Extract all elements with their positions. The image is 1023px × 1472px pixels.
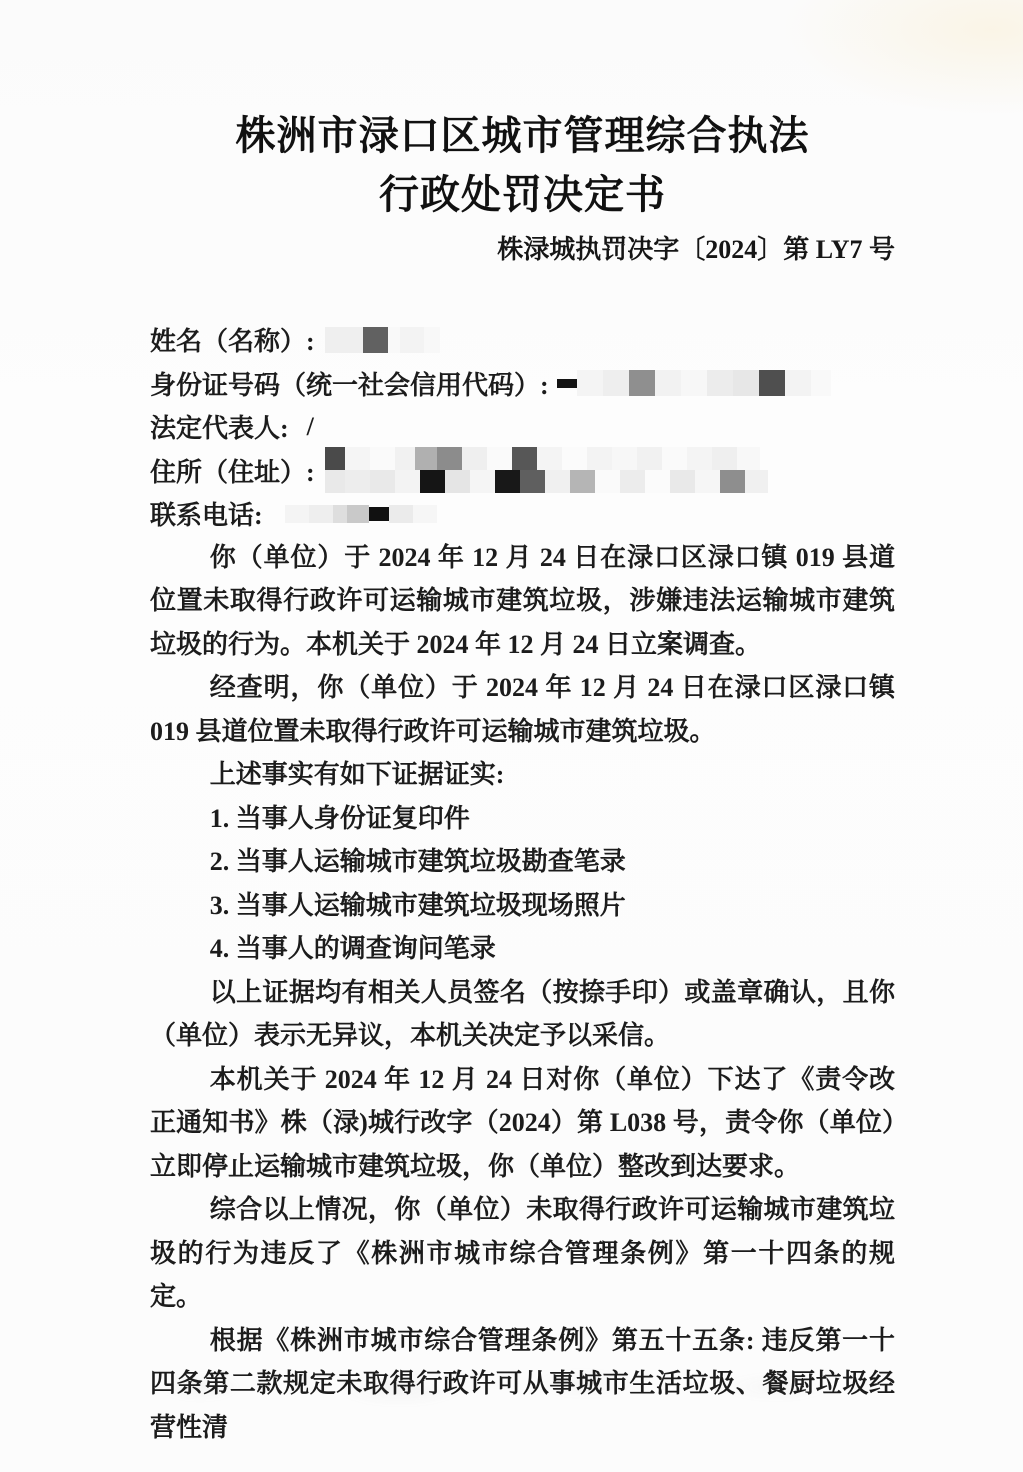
field-row-id-number: 身份证号码（统一社会信用代码）: (150, 362, 895, 406)
phone-redaction (285, 505, 437, 523)
document-content: 株洲市渌口区城市管理综合执法 行政处罚决定书 株渌城执罚决字〔2024〕第 LY… (150, 106, 895, 1449)
evidence-item-4: 4. 当事人的调查询问笔录 (150, 927, 895, 971)
field-label-id-number: 身份证号码（统一社会信用代码）: (150, 365, 549, 402)
document-body: 你（单位）于 2024 年 12 月 24 日在渌口区渌口镇 019 县道位置未… (150, 536, 895, 1450)
document-page: 株洲市渌口区城市管理综合执法 行政处罚决定书 株渌城执罚决字〔2024〕第 LY… (0, 0, 1023, 1472)
scan-bleed-through-artifact (120, 1352, 920, 1422)
field-label-legal-representative: 法定代表人: (150, 408, 289, 445)
document-title: 株洲市渌口区城市管理综合执法 行政处罚决定书 (150, 106, 895, 224)
paragraph-evidence-heading: 上述事实有如下证据证实: (150, 753, 895, 797)
party-info-fields: 姓名（名称）: 身份证号码（统一社会信用代码）: 法定代表人: / 住所（住址）… (150, 318, 895, 536)
field-label-address: 住所（住址）: (150, 452, 315, 489)
field-label-name: 姓名（名称）: (150, 321, 315, 358)
field-row-legal-representative: 法定代表人: / (150, 405, 895, 449)
document-number: 株渌城执罚决字〔2024〕第 LY7 号 (150, 230, 895, 270)
paragraph-case-facts: 你（单位）于 2024 年 12 月 24 日在渌口区渌口镇 019 县道位置未… (150, 536, 895, 667)
id-number-redaction (557, 370, 831, 396)
paragraph-evidence-confirmation: 以上证据均有相关人员签名（按捺手印）或盖章确认，且你（单位）表示无异议，本机关决… (150, 971, 895, 1058)
document-title-line2: 行政处罚决定书 (150, 165, 895, 224)
evidence-item-2: 2. 当事人运输城市建筑垃圾勘查笔录 (150, 840, 895, 884)
paragraph-violation-conclusion: 综合以上情况，你（单位）未取得行政许可运输城市建筑垃圾的行为违反了《株洲市城市综… (150, 1188, 895, 1319)
field-row-name: 姓名（名称）: (150, 318, 895, 362)
evidence-item-3: 3. 当事人运输城市建筑垃圾现场照片 (150, 884, 895, 928)
paragraph-correction-notice: 本机关于 2024 年 12 月 24 日对你（单位）下达了《责令改正通知书》株… (150, 1058, 895, 1189)
document-title-line1: 株洲市渌口区城市管理综合执法 (150, 106, 895, 165)
evidence-item-1: 1. 当事人身份证复印件 (150, 797, 895, 841)
name-redaction (325, 327, 440, 353)
field-row-address: 住所（住址）: (150, 449, 895, 493)
legal-representative-value: / (307, 412, 314, 442)
field-row-phone: 联系电话: (150, 492, 895, 536)
address-redaction (325, 447, 768, 493)
paragraph-investigation: 经查明，你（单位）于 2024 年 12 月 24 日在渌口区渌口镇 019 县… (150, 666, 895, 753)
field-label-phone: 联系电话: (150, 495, 263, 532)
